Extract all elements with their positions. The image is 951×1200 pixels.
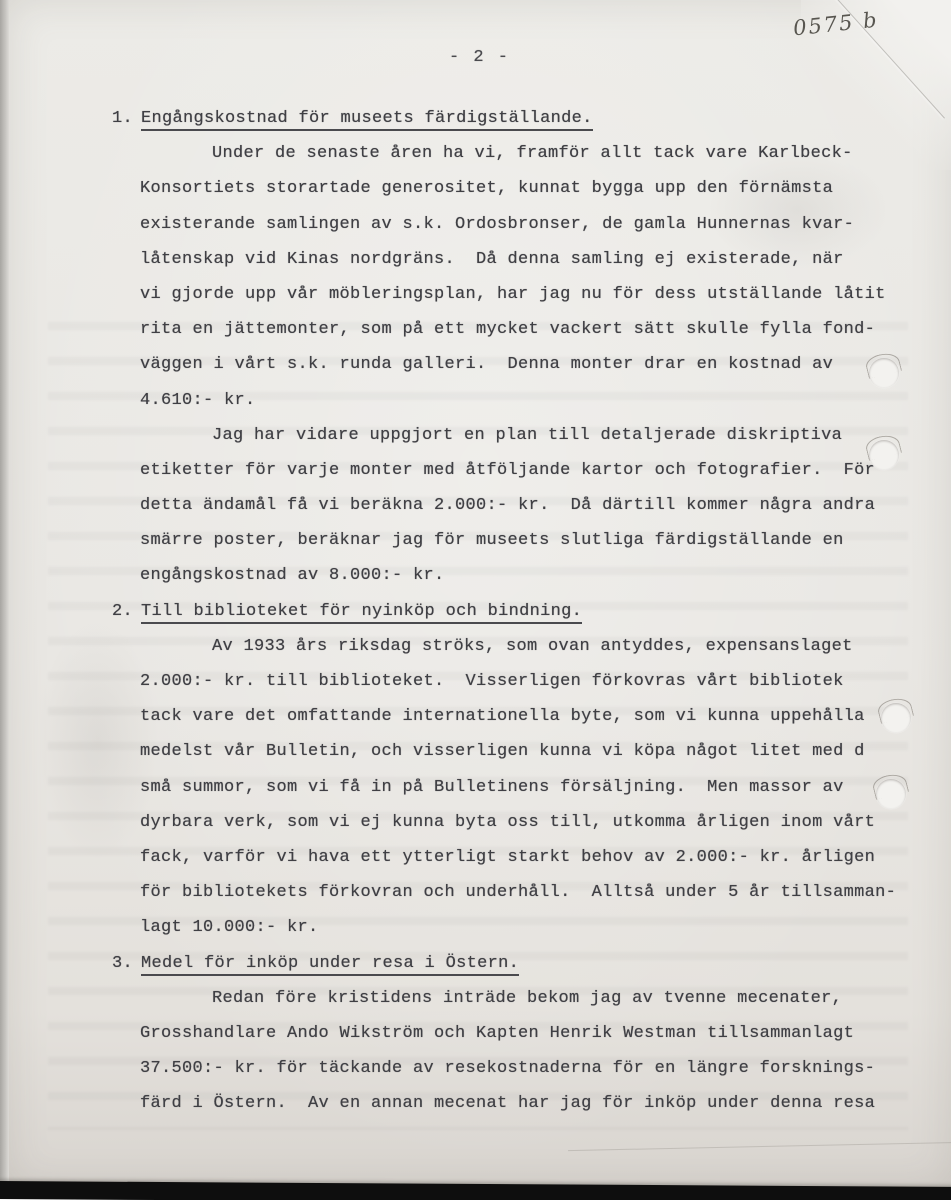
section-heading-text: Till biblioteket för nyinköp och bindnin… <box>141 602 582 624</box>
text-line: 4.610:- kr. <box>112 383 921 418</box>
text-line: medelst vår Bulletin, och visserligen ku… <box>112 734 921 769</box>
paper-crease <box>568 1142 951 1151</box>
section-number: 3. <box>112 954 141 973</box>
text-line: lagt 10.000:- kr. <box>112 910 921 945</box>
text-line: detta ändamål få vi beräkna 2.000:- kr. … <box>112 488 921 523</box>
text-line: Av 1933 års riksdag ströks, som ovan ant… <box>112 629 921 664</box>
section-heading-text: Medel för inköp under resa i Östern. <box>141 954 519 976</box>
punch-hole <box>869 440 899 470</box>
text-line: tack vare det omfattande internationella… <box>112 699 921 734</box>
text-line: Redan före kristidens inträde bekom jag … <box>112 981 921 1016</box>
section-2-heading: 2.Till biblioteket för nyinköp och bindn… <box>112 594 921 629</box>
text-line: väggen i vårt s.k. runda galleri. Denna … <box>112 347 921 382</box>
section-3-heading: 3.Medel för inköp under resa i Östern. <box>112 946 921 981</box>
text-line: 37.500:- kr. för täckande av resekostnad… <box>112 1051 921 1086</box>
text-line: för bibliotekets förkovran och underhåll… <box>112 875 921 910</box>
document-body: 1.Engångskostnad för museets färdigställ… <box>112 101 921 1121</box>
text-line: engångskostnad av 8.000:- kr. <box>112 558 921 593</box>
page-number: - 2 - <box>8 48 951 67</box>
text-line: låtenskap vid Kinas nordgräns. Då denna … <box>112 242 921 277</box>
section-1-heading: 1.Engångskostnad för museets färdigställ… <box>112 101 921 136</box>
text-line: Konsortiets storartade generositet, kunn… <box>112 171 921 206</box>
text-line: Grosshandlare Ando Wikström och Kapten H… <box>112 1016 921 1051</box>
text-line: smärre poster, beräknar jag för museets … <box>112 523 921 558</box>
text-line: dyrbara verk, som vi ej kunna byta oss t… <box>112 805 921 840</box>
text-line: Under de senaste åren ha vi, framför all… <box>112 136 921 171</box>
punch-hole <box>876 779 906 809</box>
section-number: 2. <box>112 602 141 621</box>
section-heading-text: Engångskostnad för museets färdigställan… <box>141 109 593 131</box>
text-line: färd i Östern. Av en annan mecenat har j… <box>112 1086 921 1121</box>
text-line: etiketter för varje monter med åtföljand… <box>112 453 921 488</box>
text-line: Jag har vidare uppgjort en plan till det… <box>112 418 921 453</box>
scan-edge <box>0 0 9 1188</box>
text-line: rita en jättemonter, som på ett mycket v… <box>112 312 921 347</box>
text-line: fack, varför vi hava ett ytterligt stark… <box>112 840 921 875</box>
punch-hole <box>869 358 899 388</box>
section-number: 1. <box>112 109 141 128</box>
scanned-page: - 2 - 0575 b 1.Engångskostnad för museet… <box>8 0 951 1188</box>
text-line: existerande samlingen av s.k. Ordosbrons… <box>112 207 921 242</box>
text-line: små summor, som vi få in på Bulletinens … <box>112 770 921 805</box>
punch-hole <box>881 703 911 733</box>
text-line: vi gjorde upp vår möbleringsplan, har ja… <box>112 277 921 312</box>
text-line: 2.000:- kr. till biblioteket. Visserlige… <box>112 664 921 699</box>
